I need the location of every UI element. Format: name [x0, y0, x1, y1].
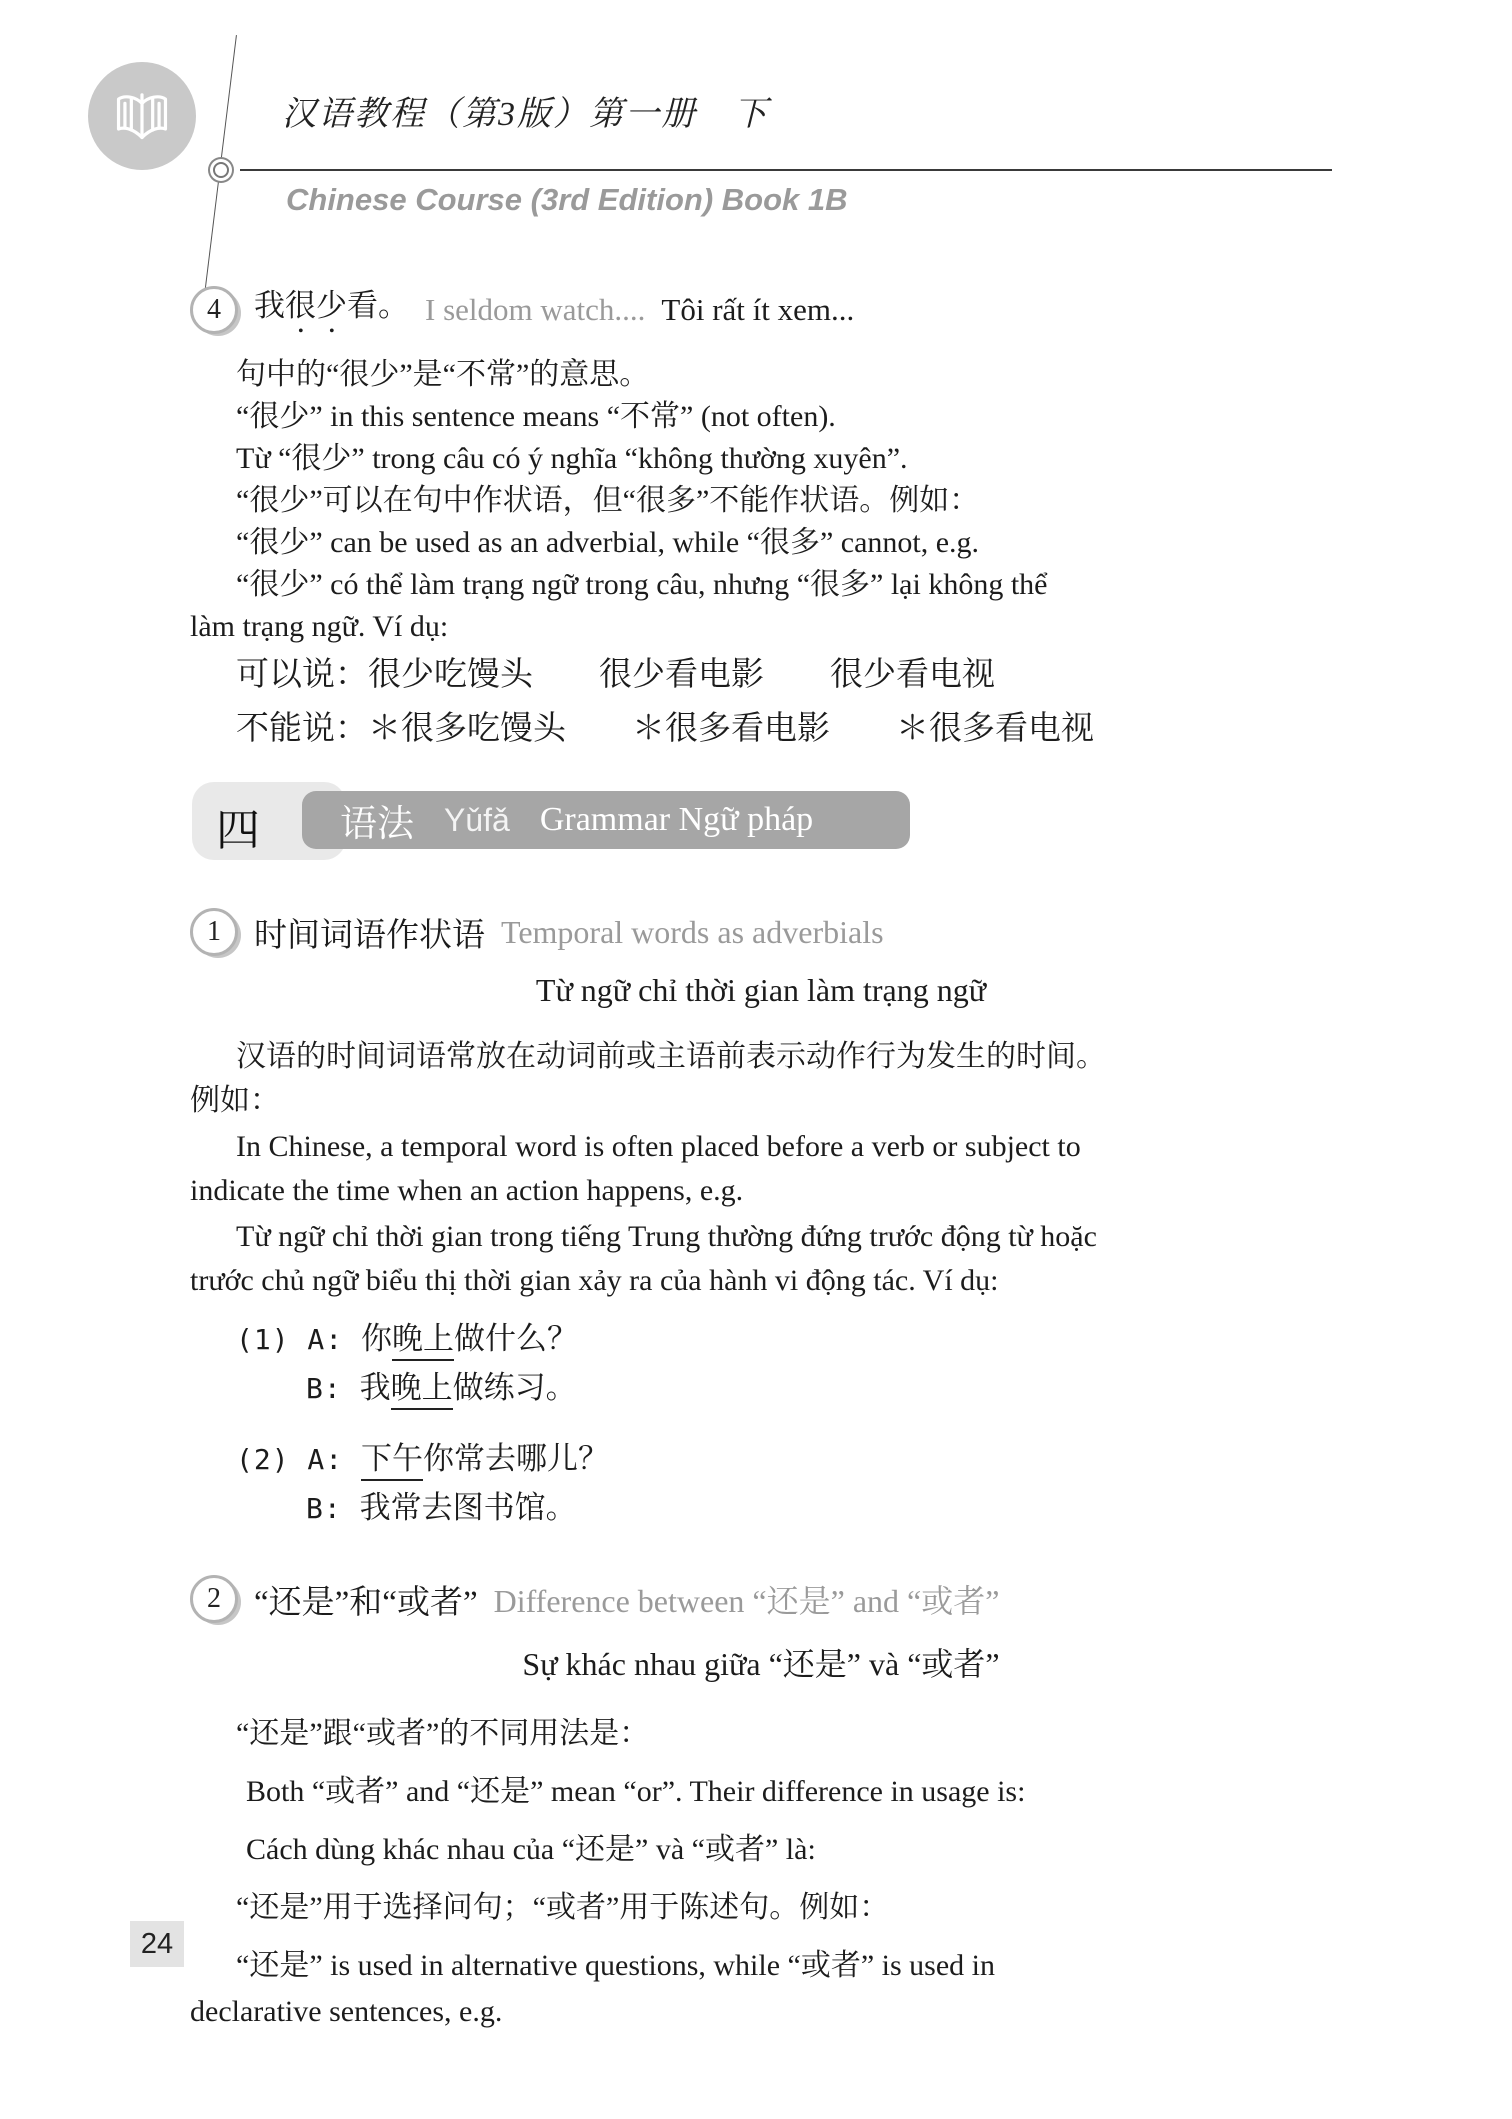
- grammar-2-number-badge: 2: [190, 1575, 238, 1623]
- emphasized-word: 很少: [285, 288, 347, 323]
- dialog-2-b: B: 我常去图书馆。: [306, 1484, 1332, 1533]
- textbook-page: 汉语教程（第3版）第一册 下 Chinese Course (3rd Editi…: [0, 0, 1512, 2119]
- dialog-text: 你: [361, 1321, 392, 1356]
- grammar-point-2: 2 “还是”和“或者” Difference between “还是” and …: [190, 1575, 1332, 2035]
- dialog-1-b: B: 我晚上做练习。: [306, 1364, 1332, 1413]
- para-line: declarative sentences, e.g.: [190, 1995, 502, 2028]
- para-line: Từ ngữ chỉ thời gian trong tiếng Trung t…: [236, 1220, 1097, 1253]
- publisher-logo: [88, 62, 196, 170]
- para-line: In Chinese, a temporal word is often pla…: [236, 1130, 1081, 1163]
- dialog-1-a: (1) A: 你晚上做什么？: [236, 1315, 1332, 1364]
- para-line: “还是” is used in alternative questions, w…: [236, 1949, 995, 1982]
- section-numeral: 四: [216, 794, 260, 858]
- underlined-time-word: 晚上: [391, 1370, 453, 1410]
- grammar-2-title-cn: “还是”和“或者”: [254, 1576, 478, 1623]
- grammar-1-title-en: Temporal words as adverbials: [501, 914, 884, 951]
- dialog-text: 做练习。: [453, 1370, 577, 1405]
- grammar-1-para-en: In Chinese, a temporal word is often pla…: [190, 1125, 1332, 1213]
- explanation-vi: Từ “很少” trong câu có ý nghĩa “không thườ…: [190, 438, 1332, 480]
- note-4-gloss-vi: Tôi rất ít xem...: [661, 292, 854, 328]
- example-incorrect: 不能说：＊很多吃馒头 ＊很多看电影 ＊很多看电视: [190, 702, 1332, 756]
- note-4-sentence-cn: 我很少看。: [254, 280, 409, 340]
- grammar-2-title-vi: Sự khác nhau giữa “还是” và “或者”: [190, 1639, 1332, 1685]
- grammar-1-para-cn: 汉语的时间词语常放在动词前或主语前表示动作行为发生的时间。例如：: [190, 1035, 1332, 1123]
- dialog-2-a: (2) A: 下午你常去哪儿？: [236, 1435, 1332, 1484]
- dialog-text: 你常去哪儿？: [423, 1441, 609, 1476]
- section-title-pill: 语法 Yǔfǎ Grammar Ngữ pháp: [302, 791, 910, 849]
- grammar-1-heading: 1 时间词语作状语 Temporal words as adverbials: [190, 908, 1332, 956]
- dialog-label: B:: [306, 1372, 360, 1405]
- grammar-1-title-cn: 时间词语作状语: [254, 909, 485, 956]
- note-4-number-badge: 4: [190, 286, 238, 334]
- page-content: 4 我很少看。 I seldom watch.... Tôi rất ít xe…: [190, 280, 1332, 2047]
- example-text: ＊很多吃馒头 ＊很多看电影 ＊很多看电视: [368, 711, 1094, 747]
- spacer: [190, 1413, 1332, 1435]
- dialog-text: 做什么？: [454, 1321, 578, 1356]
- explanation-vi-line1: “很少” có thể làm trạng ngữ trong câu, như…: [236, 568, 1047, 601]
- page-number: 24: [130, 1921, 184, 1967]
- explanation-en: “很少” can be used as an adverbial, while …: [190, 522, 1332, 564]
- explanation-vi-line2: làm trạng ngữ. Ví dụ:: [190, 610, 448, 643]
- dialog-text: 我: [360, 1370, 391, 1405]
- para-line: trước chủ ngữ biểu thị thời gian xảy ra …: [190, 1264, 999, 1297]
- book-title-english: Chinese Course (3rd Edition) Book 1B: [286, 182, 848, 218]
- book-icon: [110, 82, 174, 151]
- decorative-double-ring: [213, 162, 229, 178]
- explanation-cn: 句中的“很少”是“不常”的意思。: [190, 354, 1332, 396]
- dialog-text: 我常去图书馆。: [360, 1490, 577, 1525]
- spacer: [190, 1305, 1332, 1315]
- underlined-time-word: 晚上: [392, 1321, 454, 1361]
- dialog-label: B:: [306, 1492, 360, 1525]
- dialog-label: (1) A:: [236, 1323, 361, 1356]
- grammar-2-para-cn1: “还是”跟“或者”的不同用法是：: [190, 1711, 1332, 1757]
- grammar-2-para-cn2: “还是”用于选择问句；“或者”用于陈述句。例如：: [190, 1885, 1332, 1931]
- para-line: 例如：: [190, 1084, 280, 1117]
- section-title-cn: 语法: [340, 793, 414, 847]
- para-line: indicate the time when an action happens…: [190, 1174, 743, 1207]
- header-rule: [240, 169, 1332, 171]
- grammar-point-1: 1 时间词语作状语 Temporal words as adverbials T…: [190, 908, 1332, 1533]
- grammar-2-title-en: Difference between “还是” and “或者”: [494, 1576, 1000, 1622]
- section-banner: 四 语法 Yǔfǎ Grammar Ngữ pháp: [190, 782, 1332, 862]
- book-title-chinese: 汉语教程（第3版）第一册 下: [282, 86, 769, 135]
- explanation-cn: “很少”可以在句中作状语，但“很多”不能作状语。例如：: [190, 480, 1332, 522]
- note-4-heading: 4 我很少看。 I seldom watch.... Tôi rất ít xe…: [190, 280, 1332, 340]
- example-label: 不能说：: [236, 711, 368, 747]
- example-correct: 可以说：很少吃馒头 很少看电影 很少看电视: [190, 648, 1332, 702]
- note-4-gloss-en: I seldom watch....: [425, 292, 645, 328]
- sentence-part: 看。: [347, 288, 409, 323]
- example-text: 很少吃馒头 很少看电影 很少看电视: [368, 657, 995, 693]
- section-title-pinyin: Yǔfǎ: [444, 802, 510, 839]
- explanation-en: “很少” in this sentence means “不常” (not of…: [190, 396, 1332, 438]
- grammar-1-title-vi: Từ ngữ chỉ thời gian làm trạng ngữ: [190, 972, 1332, 1009]
- grammar-2-para-en1: Both “或者” and “还是” mean “or”. Their diff…: [190, 1769, 1332, 1815]
- grammar-1-para-vi: Từ ngữ chỉ thời gian trong tiếng Trung t…: [190, 1215, 1332, 1303]
- dialog-label: (2) A:: [236, 1443, 361, 1476]
- grammar-1-number-badge: 1: [190, 908, 238, 956]
- explanation-vi: “很少” có thể làm trạng ngữ trong câu, như…: [190, 564, 1332, 648]
- example-label: 可以说：: [236, 657, 368, 693]
- grammar-2-para-vi1: Cách dùng khác nhau của “还是” và “或者” là:: [190, 1827, 1332, 1873]
- grammar-2-para-en2: “还是” is used in alternative questions, w…: [190, 1943, 1332, 2035]
- grammar-2-heading: 2 “还是”和“或者” Difference between “还是” and …: [190, 1575, 1332, 1623]
- section-title-translations: Grammar Ngữ pháp: [540, 801, 813, 839]
- underlined-time-word: 下午: [361, 1441, 423, 1481]
- note-4-block: 4 我很少看。 I seldom watch.... Tôi rất ít xe…: [190, 280, 1332, 756]
- para-line: 汉语的时间词语常放在动词前或主语前表示动作行为发生的时间。: [236, 1040, 1106, 1073]
- sentence-part: 我: [254, 288, 285, 323]
